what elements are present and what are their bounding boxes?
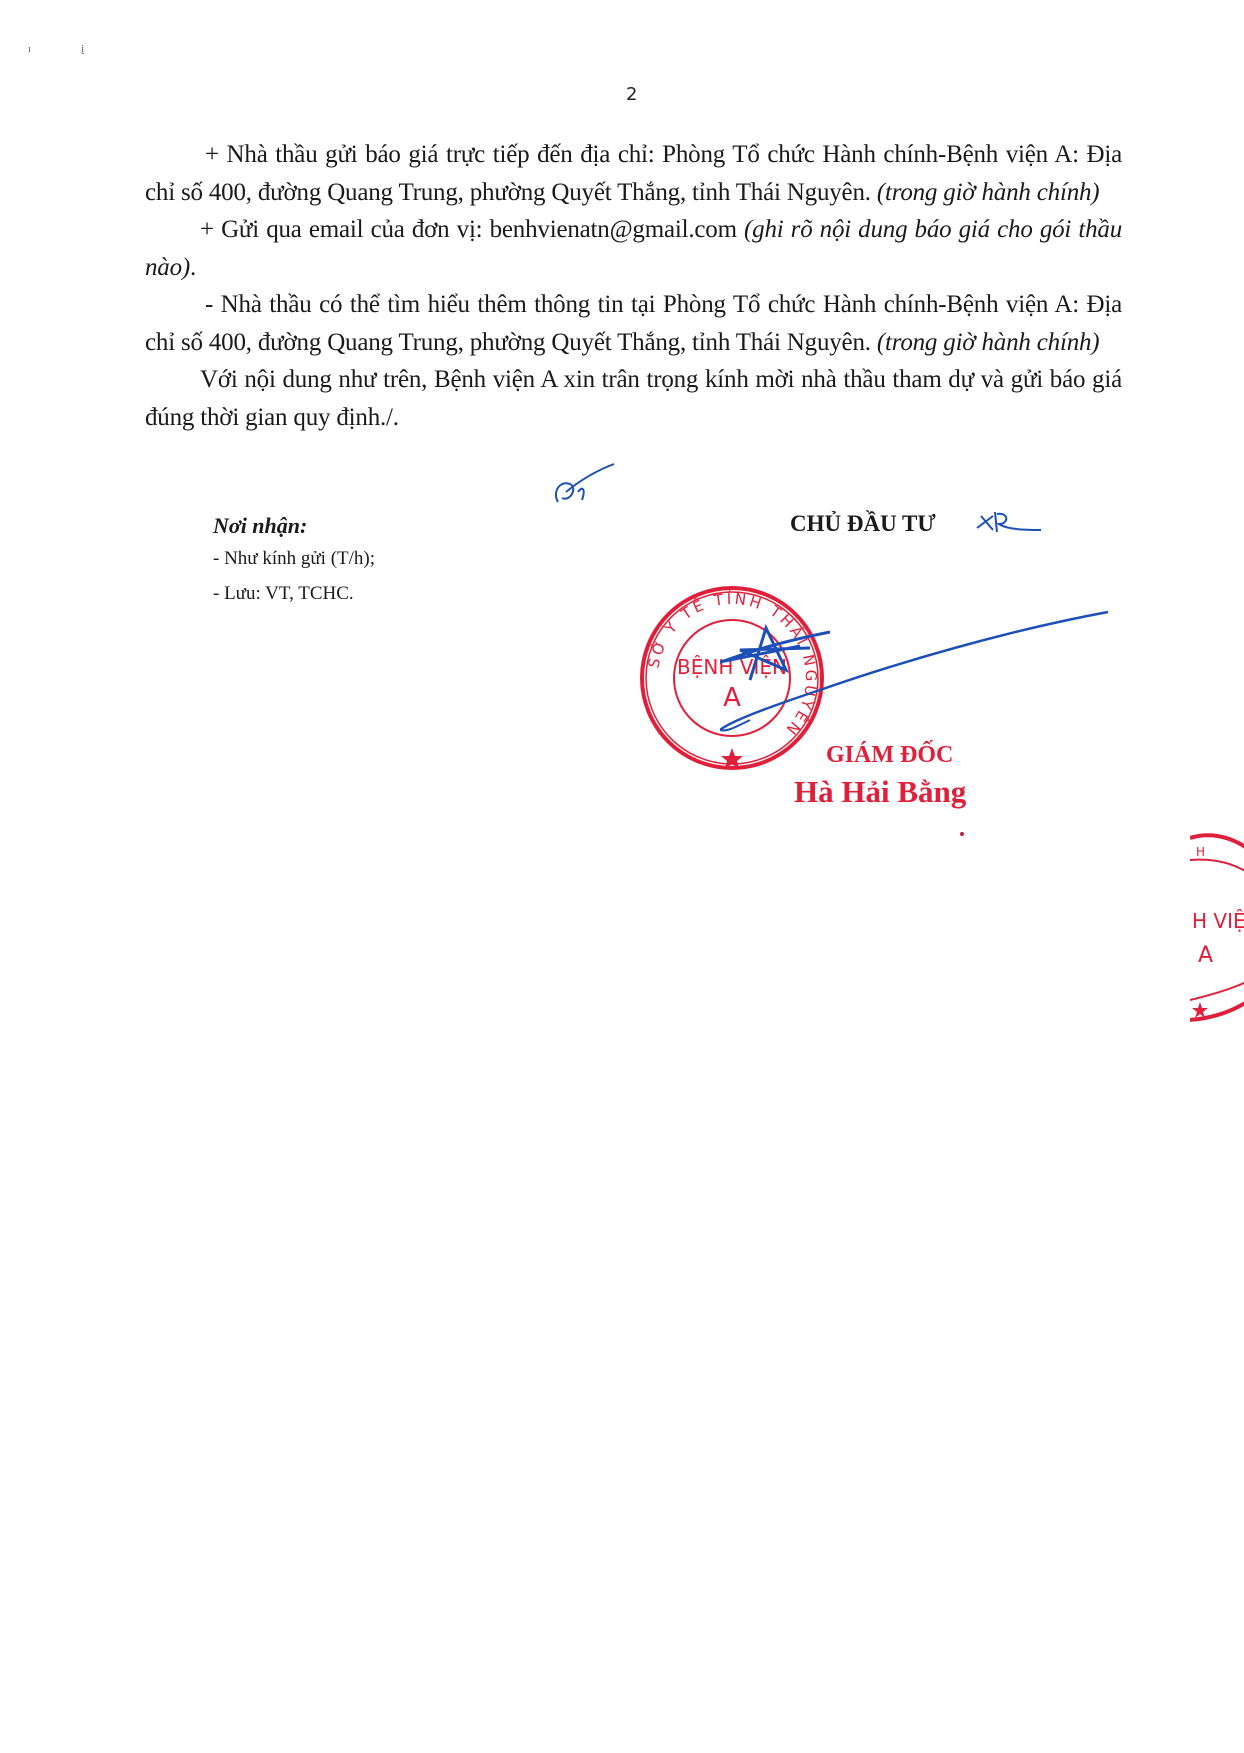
- handwritten-initial-icon: [975, 510, 1045, 540]
- recipients-block: Nơi nhận: - Như kính gửi (T/h); - Lưu: V…: [213, 511, 375, 611]
- recipient-item: - Như kính gửi (T/h);: [213, 541, 375, 576]
- recipients-title: Nơi nhận:: [213, 511, 375, 541]
- director-signature-icon: [720, 610, 1110, 740]
- paragraph-email-submission: + Gửi qua email của đơn vị: benhvienatn@…: [145, 211, 1122, 286]
- scan-marks: ı ḭ: [28, 44, 132, 55]
- paragraph-closing: Với nội dung như trên, Bệnh viện A xin t…: [145, 361, 1122, 436]
- svg-text:A: A: [1198, 943, 1213, 968]
- svg-text:H VIỆ: H VIỆ: [1192, 909, 1244, 933]
- svg-text:H: H: [1196, 845, 1205, 859]
- edge-seal-fragment-icon: H H VIỆ A: [1190, 830, 1244, 1030]
- director-title: Giám đốc: [826, 742, 953, 769]
- page-number: 2: [626, 84, 637, 105]
- scan-mark: ı: [28, 44, 31, 55]
- paragraph-more-info: - Nhà thầu có thể tìm hiểu thêm thông ti…: [145, 286, 1122, 361]
- director-name: Hà Hải Bằng: [794, 774, 966, 810]
- handwritten-initial-icon: [548, 462, 618, 507]
- document-body: + Nhà thầu gửi báo giá trực tiếp đến địa…: [145, 136, 1122, 436]
- ink-dot: [960, 832, 964, 836]
- recipient-item: - Lưu: VT, TCHC.: [213, 576, 375, 611]
- paragraph-direct-submission: + Nhà thầu gửi báo giá trực tiếp đến địa…: [145, 136, 1122, 211]
- scan-mark: ḭ: [81, 44, 84, 55]
- investor-label: CHỦ ĐẦU TƯ: [790, 511, 936, 537]
